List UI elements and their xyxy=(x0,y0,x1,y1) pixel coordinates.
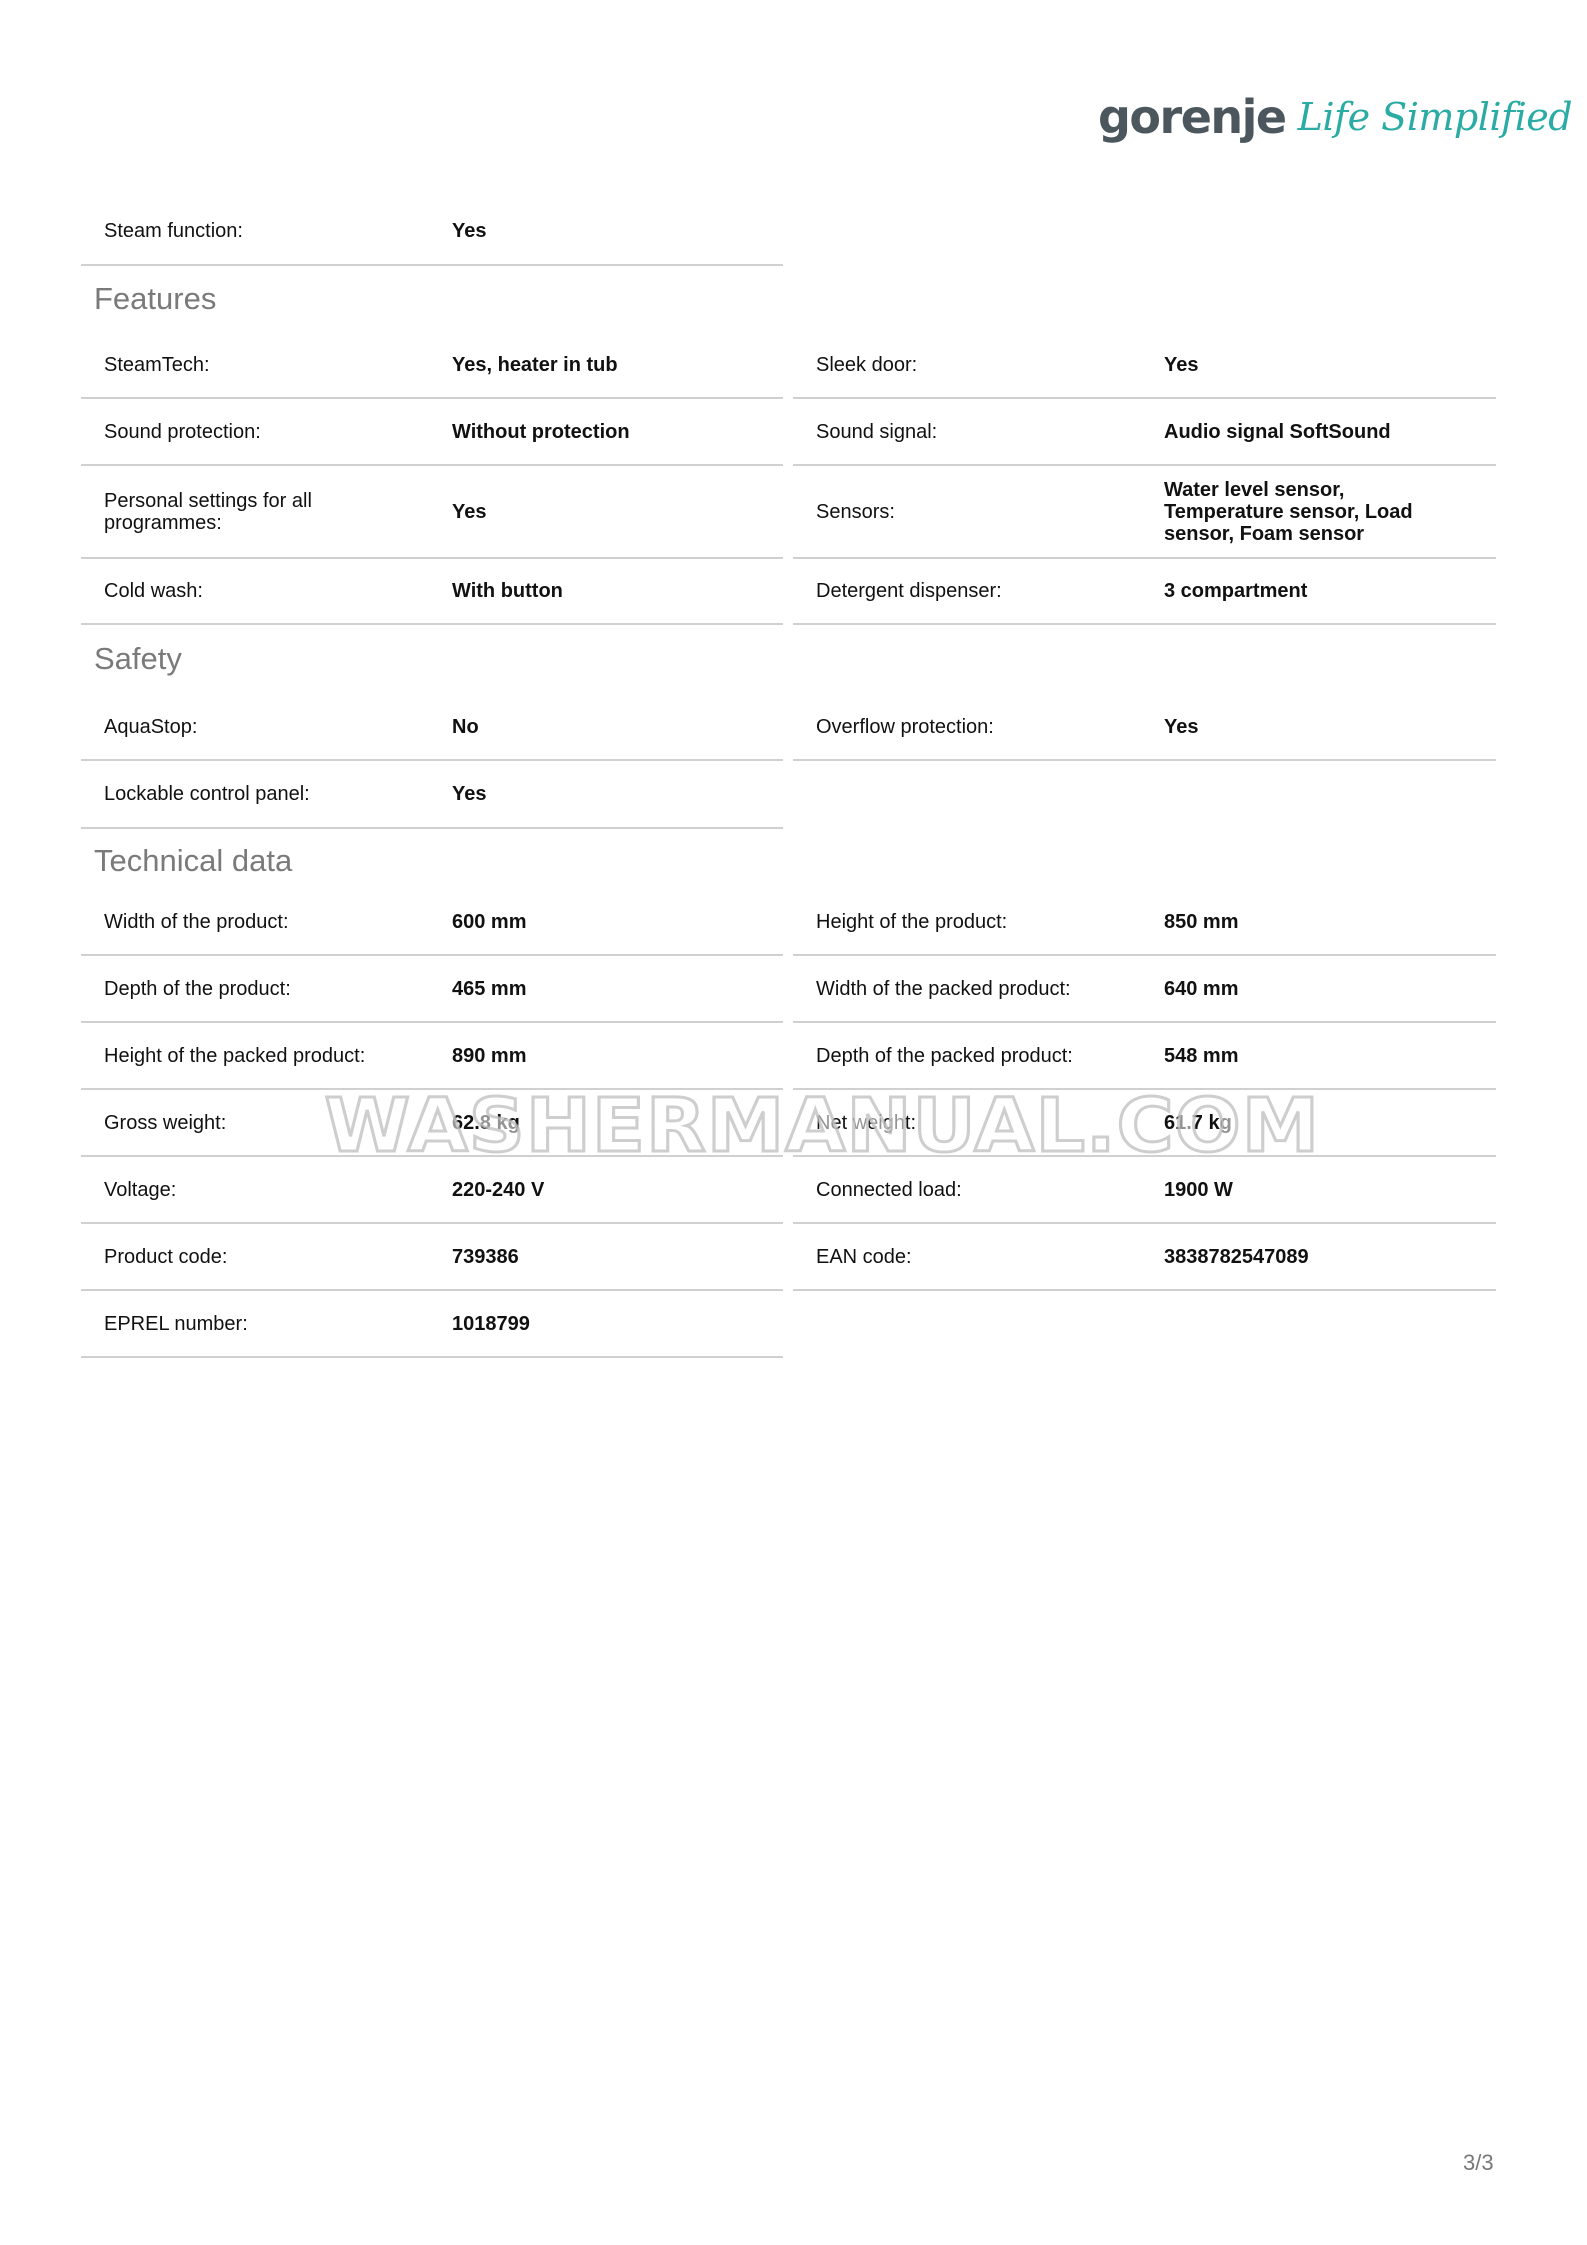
spec-value: 3 compartment xyxy=(1164,580,1484,602)
spec-label: Steam function: xyxy=(104,220,424,242)
spec-value: 3838782547089 xyxy=(1164,1246,1484,1268)
spec-value: 1018799 xyxy=(452,1313,772,1335)
spec-value: Yes xyxy=(452,783,772,805)
spec-label: Lockable control panel: xyxy=(104,783,424,805)
spec-value: 1900 W xyxy=(1164,1179,1484,1201)
spec-row: Product code: 739386 xyxy=(81,1224,783,1291)
section-title-safety: Safety xyxy=(94,643,182,674)
spec-row: Width of the product: 600 mm xyxy=(81,889,783,956)
spec-label: Depth of the packed product: xyxy=(816,1045,1136,1067)
spec-row: Sound protection: Without protection xyxy=(81,399,783,466)
spec-label: Product code: xyxy=(104,1246,424,1268)
spec-label: Voltage: xyxy=(104,1179,424,1201)
spec-value: Yes xyxy=(1164,716,1484,738)
spec-value: Water level sensor, Temperature sensor, … xyxy=(1164,479,1464,545)
spec-label: EAN code: xyxy=(816,1246,1136,1268)
spec-value: 739386 xyxy=(452,1246,772,1268)
spec-value: 850 mm xyxy=(1164,911,1484,933)
logo-tagline: Life Simplified xyxy=(1298,98,1572,136)
spec-label: EPREL number: xyxy=(104,1313,424,1335)
spec-label: Sleek door: xyxy=(816,354,1136,376)
spec-row: EAN code: 3838782547089 xyxy=(793,1224,1496,1291)
spec-value: 465 mm xyxy=(452,978,772,1000)
spec-label: Width of the product: xyxy=(104,911,424,933)
spec-row: Connected load: 1900 W xyxy=(793,1157,1496,1224)
spec-label: Net weight: xyxy=(816,1112,1136,1134)
spec-row: Width of the packed product: 640 mm xyxy=(793,956,1496,1023)
spec-row: EPREL number: 1018799 xyxy=(81,1291,783,1358)
spec-row: Depth of the product: 465 mm xyxy=(81,956,783,1023)
spec-row: Steam function: Yes xyxy=(81,198,783,266)
spec-row: Height of the product: 850 mm xyxy=(793,889,1496,956)
spec-label: Cold wash: xyxy=(104,580,424,602)
spec-row: Cold wash: With button xyxy=(81,559,783,625)
logo-brand-wordmark: gorenje xyxy=(1098,94,1286,140)
spec-row: AquaStop: No xyxy=(81,694,783,761)
spec-row: Sleek door: Yes xyxy=(793,333,1496,399)
spec-value: Yes xyxy=(452,501,772,523)
spec-label: Sound protection: xyxy=(104,421,424,443)
spec-value: Yes, heater in tub xyxy=(452,354,772,376)
spec-row: Net weight: 61.7 kg xyxy=(793,1090,1496,1157)
spec-value: Yes xyxy=(452,220,772,242)
spec-row: Personal settings for all programmes: Ye… xyxy=(81,466,783,559)
spec-row: Gross weight: 62.8 kg xyxy=(81,1090,783,1157)
section-title-features: Features xyxy=(94,283,216,314)
spec-value: 62.8 kg xyxy=(452,1112,772,1134)
spec-row: SteamTech: Yes, heater in tub xyxy=(81,333,783,399)
spec-sheet-page: gorenje Life Simplified Steam function: … xyxy=(0,0,1587,2245)
spec-label: AquaStop: xyxy=(104,716,424,738)
spec-row: Overflow protection: Yes xyxy=(793,694,1496,761)
section-title-technical-data: Technical data xyxy=(94,845,292,876)
spec-row: Voltage: 220-240 V xyxy=(81,1157,783,1224)
spec-value: 640 mm xyxy=(1164,978,1484,1000)
spec-row: Lockable control panel: Yes xyxy=(81,761,783,829)
spec-row: Sound signal: Audio signal SoftSound xyxy=(793,399,1496,466)
spec-value: 61.7 kg xyxy=(1164,1112,1484,1134)
spec-value: Yes xyxy=(1164,354,1484,376)
spec-value: 890 mm xyxy=(452,1045,772,1067)
spec-label: Gross weight: xyxy=(104,1112,424,1134)
spec-label: Width of the packed product: xyxy=(816,978,1136,1000)
spec-value: 220-240 V xyxy=(452,1179,772,1201)
spec-label: Detergent dispenser: xyxy=(816,580,1136,602)
spec-row: Height of the packed product: 890 mm xyxy=(81,1023,783,1090)
spec-label: Connected load: xyxy=(816,1179,1136,1201)
spec-label: Personal settings for all programmes: xyxy=(104,490,344,534)
spec-label: SteamTech: xyxy=(104,354,424,376)
spec-row: Depth of the packed product: 548 mm xyxy=(793,1023,1496,1090)
spec-value: 600 mm xyxy=(452,911,772,933)
spec-value: With button xyxy=(452,580,772,602)
spec-label: Sound signal: xyxy=(816,421,1136,443)
spec-value: Without protection xyxy=(452,421,772,443)
gorenje-logo: gorenje Life Simplified xyxy=(1098,82,1572,152)
spec-row: Sensors: Water level sensor, Temperature… xyxy=(793,466,1496,559)
spec-label: Height of the product: xyxy=(816,911,1136,933)
page-number: 3/3 xyxy=(1463,2150,1494,2176)
spec-label: Height of the packed product: xyxy=(104,1045,424,1067)
spec-value: 548 mm xyxy=(1164,1045,1484,1067)
spec-label: Depth of the product: xyxy=(104,978,424,1000)
spec-value: No xyxy=(452,716,772,738)
spec-value: Audio signal SoftSound xyxy=(1164,421,1484,443)
spec-label: Overflow protection: xyxy=(816,716,1136,738)
spec-label: Sensors: xyxy=(816,501,1136,523)
spec-row: Detergent dispenser: 3 compartment xyxy=(793,559,1496,625)
